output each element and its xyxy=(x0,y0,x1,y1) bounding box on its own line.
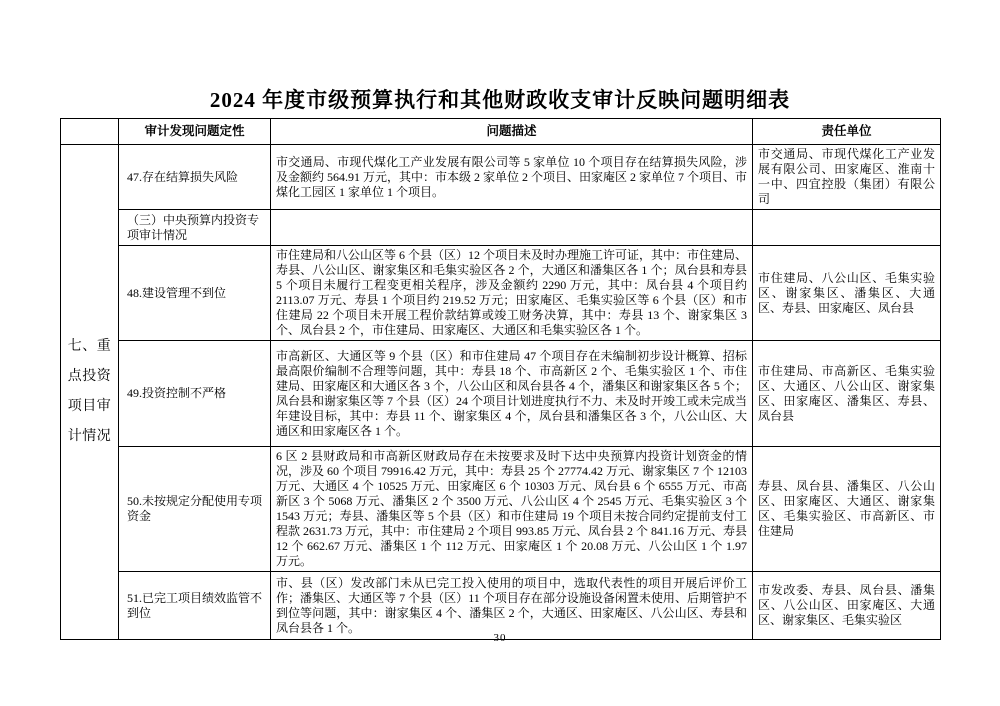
problem-description: 市交通局、市现代煤化工产业发展有限公司等 5 家单位 10 个项目存在结算损失风… xyxy=(271,145,753,210)
responsible-unit: 市交通局、市现代煤化工产业发展有限公司、田家庵区、淮南十一中、四宜控股（集团）有… xyxy=(753,145,941,210)
problem-description: 市住建局和八公山区等 6 个县（区）12 个项目未及时办理施工许可证，其中：市住… xyxy=(271,246,753,341)
table-row: 51.已完工项目绩效监管不到位 市、县（区）发改部门未从已完工投入使用的项目中，… xyxy=(61,572,941,640)
responsible-unit xyxy=(753,210,941,246)
table-header-row: 审计发现问题定性 问题描述 责任单位 xyxy=(61,119,941,145)
table-row: 七、重点投资项目审计情况 47.存在结算损失风险 市交通局、市现代煤化工产业发展… xyxy=(61,145,941,210)
table-row: 49.投资控制不严格 市高新区、大通区等 9 个县（区）和市住建局 47 个项目… xyxy=(61,341,941,447)
table-row: 48.建设管理不到位 市住建局和八公山区等 6 个县（区）12 个项目未及时办理… xyxy=(61,246,941,341)
responsible-unit: 市发改委、寿县、凤台县、潘集区、八公山区、田家庵区、大通区、谢家集区、毛集实验区 xyxy=(753,572,941,640)
problem-label: 51.已完工项目绩效监管不到位 xyxy=(119,572,271,640)
problem-description xyxy=(271,210,753,246)
table-row: 50.未按规定分配使用专项资金 6 区 2 县财政局和市高新区财政局存在未按要求… xyxy=(61,447,941,572)
header-problem-type: 审计发现问题定性 xyxy=(119,119,271,145)
section-label: （三）中央预算内投资专项审计情况 xyxy=(119,210,271,246)
problem-label: 49.投资控制不严格 xyxy=(119,341,271,447)
problem-description: 市高新区、大通区等 9 个县（区）和市住建局 47 个项目存在未编制初步设计概算… xyxy=(271,341,753,447)
page-number: 30 xyxy=(0,632,1000,644)
responsible-unit: 市住建局、市高新区、毛集实验区、大通区、八公山区、谢家集区、田家庵区、潘集区、寿… xyxy=(753,341,941,447)
problem-label: 47.存在结算损失风险 xyxy=(119,145,271,210)
category-cell: 七、重点投资项目审计情况 xyxy=(61,145,119,640)
document-page: 2024 年度市级预算执行和其他财政收支审计反映问题明细表 审计发现问题定性 问… xyxy=(0,0,1000,706)
problem-label: 48.建设管理不到位 xyxy=(119,246,271,341)
audit-table: 审计发现问题定性 问题描述 责任单位 七、重点投资项目审计情况 47.存在结算损… xyxy=(60,118,941,640)
table-row: （三）中央预算内投资专项审计情况 xyxy=(61,210,941,246)
header-description: 问题描述 xyxy=(271,119,753,145)
problem-description: 6 区 2 县财政局和市高新区财政局存在未按要求及时下达中央预算内投资计划资金的… xyxy=(271,447,753,572)
problem-description: 市、县（区）发改部门未从已完工投入使用的项目中，选取代表性的项目开展后评价工作；… xyxy=(271,572,753,640)
header-unit: 责任单位 xyxy=(753,119,941,145)
page-title: 2024 年度市级预算执行和其他财政收支审计反映问题明细表 xyxy=(0,84,1000,114)
problem-label: 50.未按规定分配使用专项资金 xyxy=(119,447,271,572)
header-category-empty xyxy=(61,119,119,145)
responsible-unit: 寿县、凤台县、潘集区、八公山区、田家庵区、大通区、谢家集区、毛集实验区、市高新区… xyxy=(753,447,941,572)
responsible-unit: 市住建局、八公山区、毛集实验区、谢家集区、潘集区、大通区、寿县、田家庵区、凤台县 xyxy=(753,246,941,341)
